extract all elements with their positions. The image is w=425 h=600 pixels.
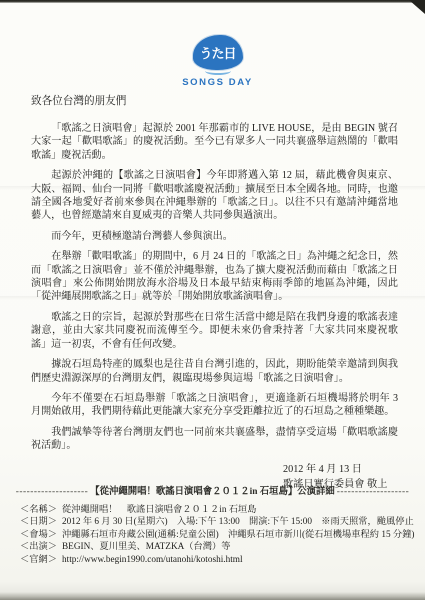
divider-dashes-left: --------------------: [16, 487, 88, 497]
letter-paragraph-5: 歌謠之日的宗旨，起源於對那些在日常生活當中總是陪在我們身邊的歌謠表達謝意，並由大…: [31, 311, 398, 351]
scan-corner-fold: [409, 0, 425, 14]
songs-day-logo: うた日 SONGS DAY: [0, 35, 425, 88]
event-date-value: 2012 年 6 月 30 日(星期六) 入場:下午 13:00 開演:下午 1…: [62, 516, 414, 528]
letter-body: 致各位台灣的朋友們 「歌謠之日演唱會」起源於 2001 年那霸市的 LIVE H…: [31, 93, 398, 493]
detail-row-name: ＜名稱＞ 從沖繩開唱！ 歌謠日演唱會２０１２in 石垣島: [20, 504, 419, 516]
logo-wave-icon: [205, 67, 231, 75]
detail-label: ＜會場＞: [20, 529, 57, 541]
letter-paragraph-4: 在舉辦「歡唱歌謠」的期間中，6 月 24 日的「歌謠之日」為沖繩之紀念日，然而「…: [31, 250, 398, 304]
scan-edge-top: [0, 0, 425, 3]
logo-mark-text: うた日: [199, 43, 235, 62]
event-details-list: ＜名稱＞ 從沖繩開唱！ 歌謠日演唱會２０１２in 石垣島 ＜日期＞ 2012 年…: [20, 504, 419, 566]
date-line: 2012 年 4 月 13 日: [283, 462, 398, 478]
details-section-divider: --------------------【從沖繩開唱！歌謠日演唱會２０１２in …: [0, 483, 425, 497]
details-section-heading: 【從沖繩開唱！歌謠日演唱會２０１２in 石垣島】公演詳細: [90, 487, 335, 497]
greeting-line: 致各位台灣的朋友們: [31, 93, 398, 108]
songs-day-logo-mark: うた日: [193, 35, 243, 70]
logo-caption: SONGS DAY: [10, 77, 425, 88]
divider-dashes-right: --------------------: [337, 487, 409, 497]
letter-paragraph-1: 「歌謠之日演唱會」起源於 2001 年那霸市的 LIVE HOUSE，是由 BE…: [31, 122, 398, 162]
detail-row-venue: ＜會場＞ 沖繩縣石垣市舟藏公園(通稱:兒童公園) 沖繩県石垣市新川(從石垣機場車…: [20, 529, 419, 541]
letter-paragraph-6: 據說石垣島特產的鳳梨也是往昔自台灣引進的，因此，期盼能榮幸邀請到與我們歷史淵源深…: [31, 358, 398, 385]
detail-label: ＜日期＞: [20, 516, 57, 528]
detail-row-date: ＜日期＞ 2012 年 6 月 30 日(星期六) 入場:下午 13:00 開演…: [20, 516, 419, 528]
letter-paragraph-8: 我們誠摯等待著台灣朋友們也一同前來共襄盛舉，盡情享受這場「歡唱歌謠慶祝活動」。: [31, 426, 398, 453]
event-venue-value: 沖繩縣石垣市舟藏公園(通稱:兒童公園) 沖繩県石垣市新川(從石垣機場車程約 15…: [62, 529, 415, 541]
website-url: http://www.begin1990.com/utanohi/kotoshi…: [62, 554, 243, 566]
scan-edge-bottom: [0, 592, 425, 600]
detail-label: ＜官網＞: [20, 554, 57, 566]
letter-paragraph-2: 起源於沖繩的【歌謠之日演唱會】今年即將邁入第 12 屆，藉此機會與東京、大阪、福…: [31, 169, 398, 223]
detail-row-website: ＜官網＞ http://www.begin1990.com/utanohi/ko…: [20, 554, 419, 566]
detail-label: ＜名稱＞: [20, 504, 57, 516]
event-name-value: 從沖繩開唱！ 歌謠日演唱會２０１２in 石垣島: [62, 504, 257, 516]
event-performers-value: BEGIN、夏川里美、MATZKA（台灣）等: [62, 541, 231, 553]
letter-paragraph-3: 而今年，更積極邀請台灣藝人參與演出。: [31, 230, 398, 243]
letter-paragraph-7: 今年不僅要在石垣島舉辦「歌謠之日演唱會」，更適逢新石垣機場將於明年 3 月開始啟…: [31, 392, 398, 419]
scanned-letter-page: うた日 SONGS DAY 致各位台灣的朋友們 「歌謠之日演唱會」起源於 200…: [0, 0, 425, 600]
detail-row-performers: ＜出演＞ BEGIN、夏川里美、MATZKA（台灣）等: [20, 541, 419, 553]
detail-label: ＜出演＞: [20, 541, 57, 553]
